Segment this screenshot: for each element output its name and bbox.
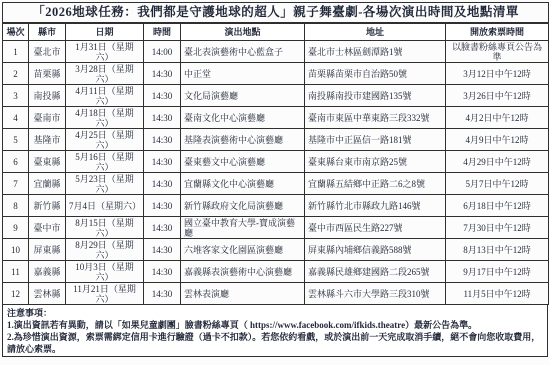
- cell-county: 臺中市: [29, 217, 66, 239]
- cell-ticket-open: 3月26日中午12時: [446, 85, 549, 107]
- cell-address: 雲林縣斗六市大學路三段310號: [305, 283, 446, 305]
- cell-ticket-open: 11月5日中午12時: [446, 283, 549, 305]
- note-item-2: 2.為珍惜演出資源，索票需綁定信用卡進行驗證（過卡不扣款）。若您依約看戲，或於演…: [7, 331, 543, 355]
- cell-county: 南投縣: [29, 85, 66, 107]
- table-row: 12雲林縣11月21日（星期六）14:30雲林表演廳雲林縣斗六市大學路三段310…: [3, 283, 549, 305]
- cell-time: 14:30: [144, 63, 181, 85]
- cell-address: 新竹縣竹北市縣政九路146號: [305, 195, 446, 217]
- table-row: 11嘉義縣10月3日（星期六）14:30嘉義縣表演藝術中心演藝廳嘉義縣民雄鄉建國…: [3, 261, 549, 283]
- cell-address: 臺北市士林區劍潭路1號: [305, 41, 446, 63]
- cell-date: 10月3日（星期六）: [66, 261, 144, 283]
- cell-date: 1月31日（星期六）: [66, 41, 144, 63]
- cell-time: 14:30: [144, 195, 181, 217]
- col-header-venue: 演出地點: [181, 23, 305, 41]
- table-row: 9臺中市8月15日（星期六）14:30國立臺中教育大學-寶成演藝廳臺中市西區民生…: [3, 217, 549, 239]
- cell-date: 4月25日（星期六）: [66, 129, 144, 151]
- cell-ticket-open: 以臉書粉絲專頁公告為準: [446, 41, 549, 63]
- cell-ticket-open: 7月30日中午12時: [446, 217, 549, 239]
- cell-venue: 新竹縣政府文化局演藝廳: [181, 195, 305, 217]
- cell-ticket-open: 4月29日中午12時: [446, 151, 549, 173]
- document-sheet: 「2026地球任務：我們都是守護地球的超人」親子舞臺劇-各場次演出時間及地點清單…: [2, 2, 548, 357]
- table-row: 5基隆市4月25日（星期六）14:30基隆表演藝術中心演藝廳基隆市中正區信一路1…: [3, 129, 549, 151]
- table-row: 7宜蘭縣5月23日（星期六）14:30宜蘭縣文化中心演藝廳宜蘭縣五結鄉中正路二6…: [3, 173, 549, 195]
- col-header-address: 地址: [305, 23, 446, 41]
- cell-county: 臺北市: [29, 41, 66, 63]
- cell-address: 臺中市西區民生路227號: [305, 217, 446, 239]
- cell-date: 5月16日（星期六）: [66, 151, 144, 173]
- cell-session: 4: [3, 107, 29, 129]
- cell-venue: 中正堂: [181, 63, 305, 85]
- cell-session: 7: [3, 173, 29, 195]
- schedule-table: 「2026地球任務：我們都是守護地球的超人」親子舞臺劇-各場次演出時間及地點清單…: [2, 2, 549, 305]
- cell-venue: 六堆客家文化園區演藝廳: [181, 239, 305, 261]
- cell-county: 基隆市: [29, 129, 66, 151]
- table-row: 6臺東縣5月16日（星期六）14:30臺東藝文中心演藝廳臺東縣台東市南京路25號…: [3, 151, 549, 173]
- cell-time: 14:30: [144, 151, 181, 173]
- column-header-row: 場次 縣市 日期 時間 演出地點 地址 開放索票時間: [3, 23, 549, 41]
- col-header-time: 時間: [144, 23, 181, 41]
- cell-date: 7月4日（星期六）: [66, 195, 144, 217]
- cell-county: 臺東縣: [29, 151, 66, 173]
- cell-county: 屏東縣: [29, 239, 66, 261]
- cell-venue: 宜蘭縣文化中心演藝廳: [181, 173, 305, 195]
- table-row: 8新竹縣7月4日（星期六）14:30新竹縣政府文化局演藝廳新竹縣竹北市縣政九路1…: [3, 195, 549, 217]
- col-header-county: 縣市: [29, 23, 66, 41]
- cell-county: 苗栗縣: [29, 63, 66, 85]
- cell-county: 臺南市: [29, 107, 66, 129]
- table-row: 3南投縣4月11日（星期六）14:30文化局演藝廳南投縣南投市建國路135號3月…: [3, 85, 549, 107]
- cell-session: 3: [3, 85, 29, 107]
- cell-address: 屏東縣內埔鄉信義路588號: [305, 239, 446, 261]
- cell-county: 雲林縣: [29, 283, 66, 305]
- table-row: 2苗栗縣3月28日（星期六）14:30中正堂苗栗縣苗栗市自治路50號3月12日中…: [3, 63, 549, 85]
- cell-session: 11: [3, 261, 29, 283]
- table-row: 4臺南市4月18日（星期六）14:30臺南文化中心演藝廳臺南市東區中華東路三段3…: [3, 107, 549, 129]
- cell-session: 6: [3, 151, 29, 173]
- cell-ticket-open: 4月2日中午12時: [446, 107, 549, 129]
- cell-time: 14:30: [144, 107, 181, 129]
- cell-ticket-open: 9月17日中午12時: [446, 261, 549, 283]
- cell-date: 4月11日（星期六）: [66, 85, 144, 107]
- col-header-date: 日期: [66, 23, 144, 41]
- col-header-session: 場次: [3, 23, 29, 41]
- cell-county: 新竹縣: [29, 195, 66, 217]
- table-row: 1臺北市1月31日（星期六）14:00臺北表演藝術中心藍盒子臺北市士林區劍潭路1…: [3, 41, 549, 63]
- cell-time: 14:30: [144, 129, 181, 151]
- cell-venue: 嘉義縣表演藝術中心演藝廳: [181, 261, 305, 283]
- cell-ticket-open: 3月12日中午12時: [446, 63, 549, 85]
- note-item-1: 1.演出資訊若有異動，請以「如果兒童劇團」臉書粉絲專頁（ https://www…: [7, 319, 543, 331]
- cell-time: 14:30: [144, 217, 181, 239]
- cell-address: 苗栗縣苗栗市自治路50號: [305, 63, 446, 85]
- cell-date: 11月21日（星期六）: [66, 283, 144, 305]
- cell-date: 3月28日（星期六）: [66, 63, 144, 85]
- notes-heading: 注意事項：: [7, 307, 543, 319]
- cell-venue: 基隆表演藝術中心演藝廳: [181, 129, 305, 151]
- cell-session: 8: [3, 195, 29, 217]
- notes-section: 注意事項： 1.演出資訊若有異動，請以「如果兒童劇團」臉書粉絲專頁（ https…: [2, 304, 548, 357]
- cell-address: 臺東縣台東市南京路25號: [305, 151, 446, 173]
- cell-session: 1: [3, 41, 29, 63]
- cell-session: 10: [3, 239, 29, 261]
- table-row: 10屏東縣8月29日（星期六）14:30六堆客家文化園區演藝廳屏東縣內埔鄉信義路…: [3, 239, 549, 261]
- cell-venue: 國立臺中教育大學-寶成演藝廳: [181, 217, 305, 239]
- cell-venue: 臺南文化中心演藝廳: [181, 107, 305, 129]
- cell-session: 5: [3, 129, 29, 151]
- cell-ticket-open: 8月13日中午12時: [446, 239, 549, 261]
- cell-address: 南投縣南投市建國路135號: [305, 85, 446, 107]
- cell-time: 14:30: [144, 239, 181, 261]
- col-header-ticket-open: 開放索票時間: [446, 23, 549, 41]
- cell-venue: 雲林表演廳: [181, 283, 305, 305]
- cell-time: 14:00: [144, 41, 181, 63]
- cell-ticket-open: 4月9日中午12時: [446, 129, 549, 151]
- cell-date: 4月18日（星期六）: [66, 107, 144, 129]
- schedule-table-body: 1臺北市1月31日（星期六）14:00臺北表演藝術中心藍盒子臺北市士林區劍潭路1…: [3, 41, 549, 305]
- cell-session: 2: [3, 63, 29, 85]
- cell-ticket-open: 6月18日中午12時: [446, 195, 549, 217]
- title-row: 「2026地球任務：我們都是守護地球的超人」親子舞臺劇-各場次演出時間及地點清單: [3, 3, 549, 23]
- cell-time: 14:30: [144, 261, 181, 283]
- cell-date: 8月29日（星期六）: [66, 239, 144, 261]
- cell-county: 嘉義縣: [29, 261, 66, 283]
- cell-address: 宜蘭縣五結鄉中正路二6之8號: [305, 173, 446, 195]
- cell-date: 8月15日（星期六）: [66, 217, 144, 239]
- cell-address: 嘉義縣民雄鄉建國路二段265號: [305, 261, 446, 283]
- cell-time: 14:30: [144, 173, 181, 195]
- cell-ticket-open: 5月7日中午12時: [446, 173, 549, 195]
- cell-venue: 臺東藝文中心演藝廳: [181, 151, 305, 173]
- cell-county: 宜蘭縣: [29, 173, 66, 195]
- cell-time: 14:30: [144, 283, 181, 305]
- cell-time: 14:30: [144, 85, 181, 107]
- cell-session: 9: [3, 217, 29, 239]
- cell-address: 臺南市東區中華東路三段332號: [305, 107, 446, 129]
- cell-venue: 文化局演藝廳: [181, 85, 305, 107]
- cell-date: 5月23日（星期六）: [66, 173, 144, 195]
- page-title: 「2026地球任務：我們都是守護地球的超人」親子舞臺劇-各場次演出時間及地點清單: [3, 3, 549, 23]
- cell-session: 12: [3, 283, 29, 305]
- cell-venue: 臺北表演藝術中心藍盒子: [181, 41, 305, 63]
- cell-address: 基隆市中正區信一路181號: [305, 129, 446, 151]
